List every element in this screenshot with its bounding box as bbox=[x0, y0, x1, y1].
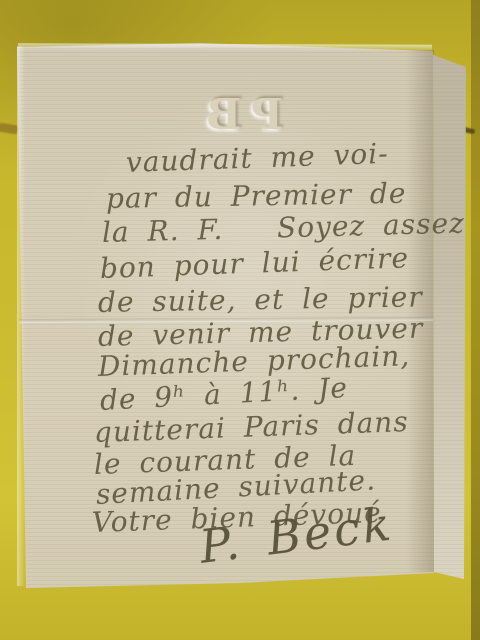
string-mark-left bbox=[0, 122, 19, 134]
background-edge-shadow bbox=[471, 0, 480, 640]
paper-top-edge-highlight bbox=[18, 43, 432, 51]
embossed-monogram: PB bbox=[196, 90, 283, 139]
paper-left-edge-highlight bbox=[17, 46, 25, 586]
photo-of-letter: PB vaudrait me voi- par du Premier de la… bbox=[0, 0, 480, 640]
